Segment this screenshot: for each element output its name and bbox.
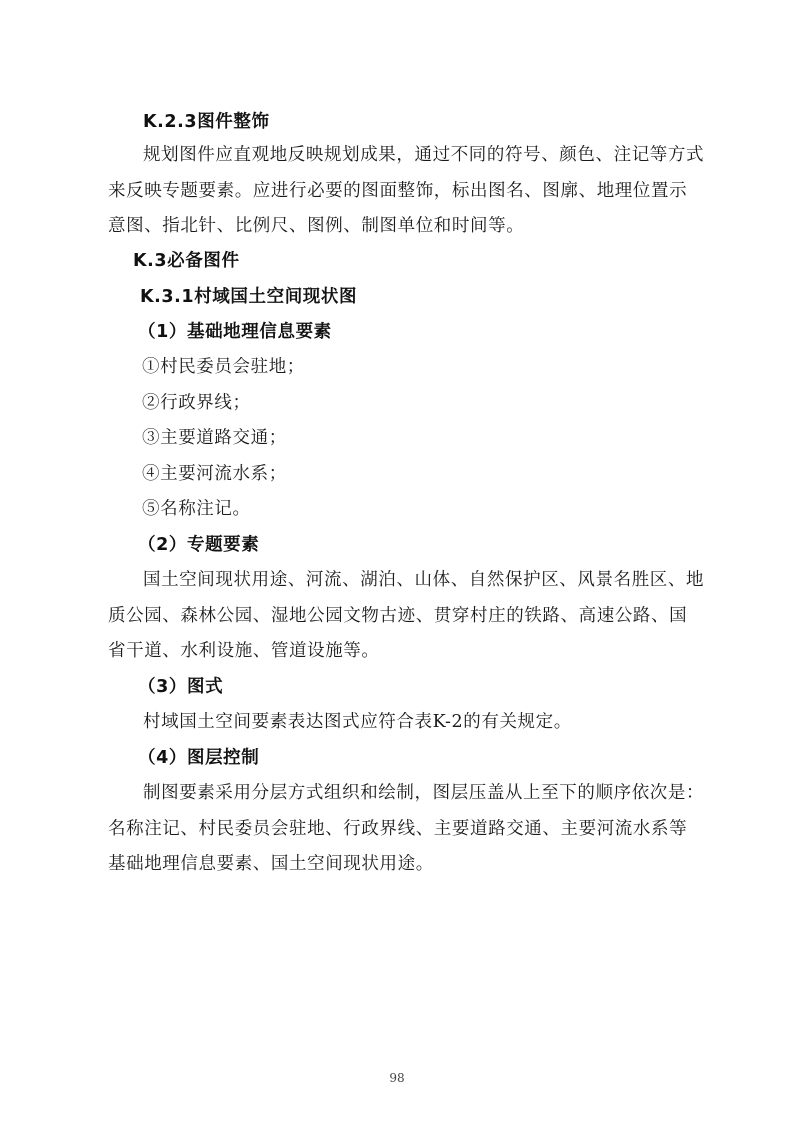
paragraph-line: 来反映专题要素。应进行必要的图面整饰，标出图名、图廓、地理位置示: [108, 180, 687, 202]
paragraph-line: 基础地理信息要素、国土空间现状用途。: [108, 853, 434, 875]
section-heading-k3: K.3必备图件: [133, 250, 240, 272]
paragraph-line: 村域国土空间要素表达图式应符合表K-2的有关规定。: [143, 711, 572, 733]
paragraph-line: 制图要素采用分层方式组织和绘制，图层压盖从上至下的顺序依次是：: [143, 782, 704, 804]
page-number: 98: [0, 1071, 794, 1085]
paragraph-line: 规划图件应直观地反映规划成果，通过不同的符号、颜色、注记等方式: [143, 144, 704, 166]
section-heading-k2-3: K.2.3图件整饰: [143, 111, 270, 133]
subheading-style: （3）图式: [138, 676, 223, 698]
paragraph-line: 名称注记、村民委员会驻地、行政界线、主要道路交通、主要河流水系等: [108, 818, 687, 840]
paragraph-line: 省干道、水利设施、管道设施等。: [108, 640, 380, 662]
section-heading-k3-1: K.3.1村域国土空间现状图: [140, 286, 357, 308]
paragraph-line: 意图、指北针、比例尺、图例、制图单位和时间等。: [108, 215, 524, 237]
list-item: ③主要道路交通；: [142, 427, 287, 449]
paragraph-line: 国土空间现状用途、河流、湖泊、山体、自然保护区、风景名胜区、地: [143, 569, 704, 591]
list-item: ⑤名称注记。: [142, 498, 251, 520]
subheading-thematic: （2）专题要素: [138, 534, 259, 556]
list-item: ①村民委员会驻地；: [142, 356, 305, 378]
subheading-layer-control: （4）图层控制: [138, 747, 259, 769]
paragraph-line: 质公园、森林公园、湿地公园文物古迹、贯穿村庄的铁路、高速公路、国: [108, 605, 687, 627]
list-item: ④主要河流水系；: [142, 463, 287, 485]
list-item: ②行政界线；: [142, 392, 251, 414]
subheading-basic-geo: （1）基础地理信息要素: [138, 321, 332, 343]
